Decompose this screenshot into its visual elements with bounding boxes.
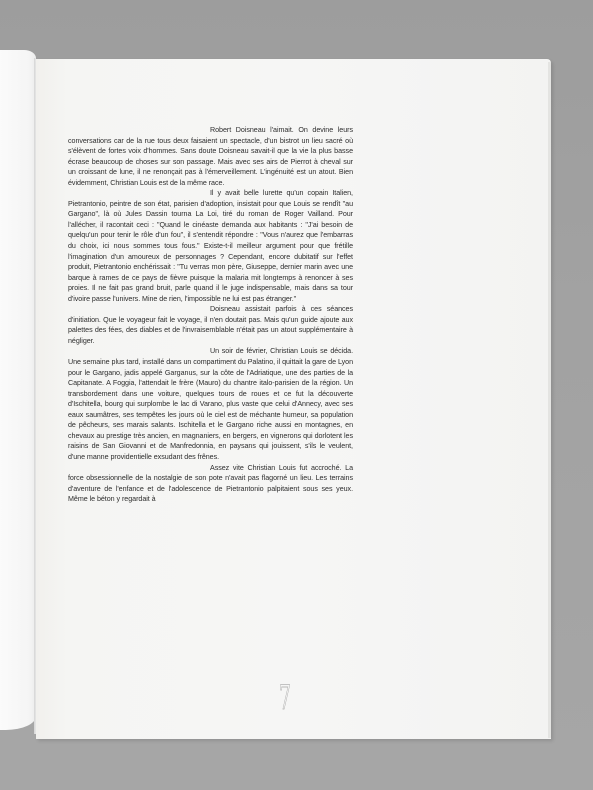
facing-page-edge	[0, 50, 36, 730]
paragraph-4: Un soir de février, Christian Louis se d…	[68, 346, 353, 462]
paragraph-3: Doisneau assistait parfois à ces séances…	[68, 304, 353, 346]
paragraph-5: Assez vite Christian Louis fut accroché.…	[68, 463, 353, 505]
page-stack-edge	[548, 62, 551, 738]
paragraph-2: Il y avait belle lurette qu'un copain It…	[68, 188, 353, 304]
paragraph-1: Robert Doisneau l'aimait. On devine leur…	[68, 125, 353, 188]
body-text: Robert Doisneau l'aimait. On devine leur…	[68, 125, 353, 505]
page-number: 7	[279, 681, 291, 715]
